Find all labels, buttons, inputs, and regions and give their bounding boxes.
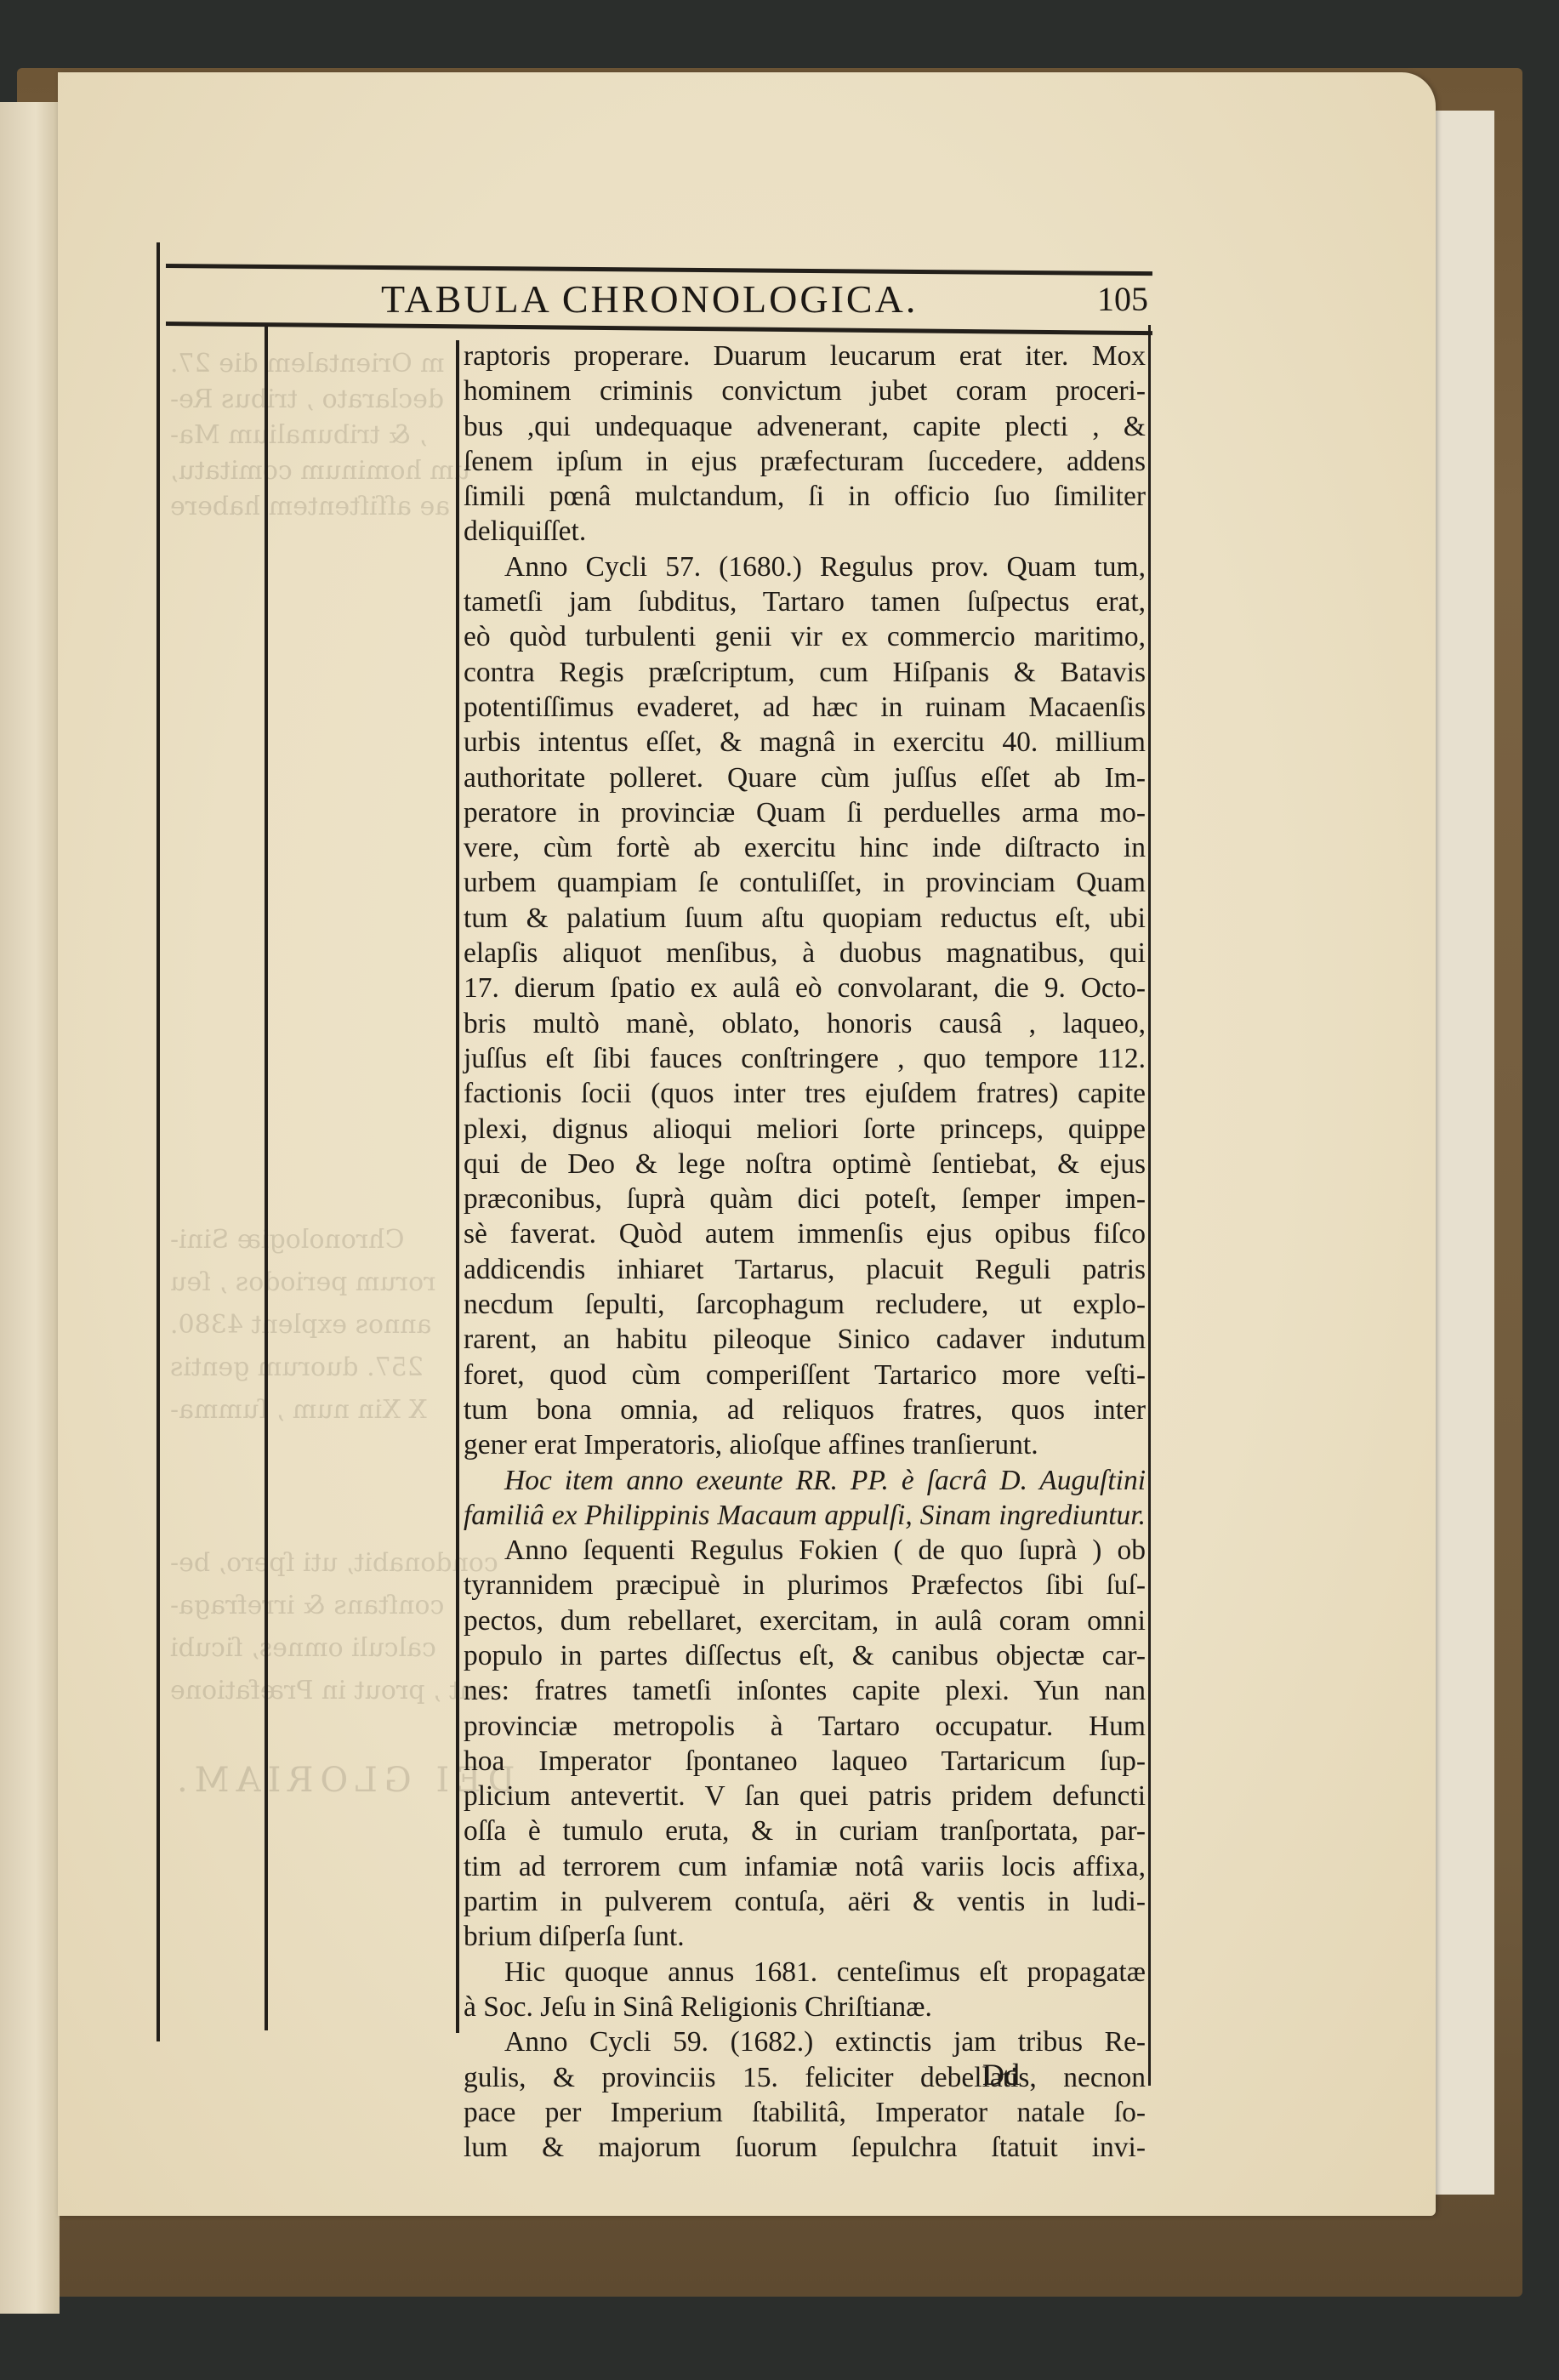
signature-mark: Dd <box>982 2057 1020 2092</box>
text-line: 17. dierum ſpatio ex aulâ eò convolarant… <box>464 971 1146 1005</box>
text-line: plexi, dignus alioqui meliori ſorte prin… <box>464 1112 1146 1147</box>
showthrough-line: annos explent 4380. <box>170 1310 432 1340</box>
text-line: foret, quod cùm comperiſſent Tartarico m… <box>464 1358 1146 1392</box>
showthrough-line: um hominum comitatu, <box>170 456 470 486</box>
showthrough-line: declarato , tribus Re- <box>170 384 444 414</box>
text-line: rarent, an habitu pileoque Sinico cadave… <box>464 1322 1146 1357</box>
text-line: ſenem ipſum in ejus præfecturam ſucceder… <box>464 444 1146 479</box>
text-line: eò quòd turbulenti genii vir ex commerci… <box>464 619 1146 654</box>
text-line: populo in partes diſſectus eſt, & canibu… <box>464 1638 1146 1673</box>
text-line: tim ad terrorem cum infamiæ notâ variis … <box>464 1849 1146 1884</box>
text-line: lum & majorum ſuorum ſepulchra ſtatuit i… <box>464 2130 1146 2165</box>
running-title: TABULA CHRONOLOGICA. <box>381 276 918 322</box>
showthrough-line: X Xin num , ſumma- <box>170 1395 427 1425</box>
text-line: qui de Deo & lege noſtra optimè ſentieba… <box>464 1147 1146 1181</box>
text-line: addicendis inhiaret Tartarus, placuit Re… <box>464 1252 1146 1287</box>
text-line: pectos, dum rebellaret, exercitam, in au… <box>464 1603 1146 1638</box>
text-line: Anno Cycli 59. (1682.) extinctis jam tri… <box>464 2024 1146 2059</box>
page-number: 105 <box>1097 279 1148 319</box>
text-line: ſimili pœnâ mulctandum, ſi in officio ſu… <box>464 479 1146 514</box>
text-line: deliquiſſet. <box>464 514 1146 549</box>
showthrough-line: ae aſſiſtentem habere <box>170 492 450 521</box>
text-line: Anno Cycli 57. (1680.) Regulus prov. Qua… <box>464 549 1146 584</box>
text-line: urbem quampiam ſe contuliſſet, in provin… <box>464 865 1146 900</box>
text-line: plicium antevertit. V ſan quei patris pr… <box>464 1779 1146 1813</box>
text-line: urbis intentus eſſet, & magnâ in exercit… <box>464 725 1146 760</box>
text-line: elapſis aliquot menſibus, à duobus magna… <box>464 936 1146 971</box>
text-line: contra Regis præſcriptum, cum Hiſpanis &… <box>464 655 1146 690</box>
showthrough-line: m Orientalem die 27. <box>170 349 445 379</box>
text-line: Anno ſequenti Regulus Fokien ( de quo ſu… <box>464 1533 1146 1568</box>
text-line: bus ,qui undequaque advenerant, capite p… <box>464 409 1146 444</box>
text-line: oſſa è tumulo eruta, & in curiam tranſpo… <box>464 1813 1146 1848</box>
outer-column-rule <box>156 242 160 2041</box>
showthrough-line: conſtans & irrefraga- <box>170 1591 444 1620</box>
text-line: Hoc item anno exeunte RR. PP. è ſacrâ D.… <box>464 1463 1146 1498</box>
text-line: raptoris properare. Duarum leucarum erat… <box>464 339 1146 373</box>
text-line: potentiſſimus evaderet, ad hæc in ruinam… <box>464 690 1146 725</box>
text-line: gener erat Imperatoris, alioſque affines… <box>464 1427 1146 1462</box>
text-line: familiâ ex Philippinis Macaum appulſi, S… <box>464 1498 1146 1533</box>
text-line: pace per Imperium ſtabilitâ, Imperator n… <box>464 2095 1146 2130</box>
text-line: provinciæ metropolis à Tartaro occupatur… <box>464 1709 1146 1744</box>
showthrough-line: condonabit, uti ſpero, be- <box>170 1548 498 1578</box>
text-line: hominem criminis convictum jubet coram p… <box>464 373 1146 408</box>
text-line: tum bona omnia, ad reliquos fratres, quo… <box>464 1392 1146 1427</box>
text-line: Hic quoque annus 1681. centeſimus eſt pr… <box>464 1955 1146 1990</box>
text-line: bris multò manè, oblato, honoris causâ ,… <box>464 1006 1146 1041</box>
showthrough-line: Chronologiæ Sini- <box>170 1225 404 1255</box>
text-line: brium diſperſa ſunt. <box>464 1919 1146 1954</box>
showthrough-line: unt , prout in Præfatione <box>170 1676 492 1705</box>
text-line: nes: fratres tametſi inſontes capite ple… <box>464 1673 1146 1708</box>
text-line: authoritate polleret. Quare cùm juſſus e… <box>464 760 1146 795</box>
showthrough-line: rorum periodos , ſeu <box>170 1267 435 1297</box>
text-line: hoa Imperator ſpontaneo laqueo Tartaricu… <box>464 1744 1146 1779</box>
text-line: vere, cùm fortè ab exercitu hinc inde di… <box>464 830 1146 865</box>
text-line: tametſi jam ſubditus, Tartaro tamen ſuſp… <box>464 584 1146 619</box>
text-line: necdum ſepulti, ſarcophagum recludere, u… <box>464 1287 1146 1322</box>
text-column-right-rule <box>1148 325 1151 2086</box>
text-line: præconibus, ſuprà quàm dici poteſt, ſemp… <box>464 1181 1146 1216</box>
facing-page-edge <box>0 102 60 2314</box>
text-line: tum & palatium ſuum aſtu quopiam reductu… <box>464 901 1146 936</box>
text-line: tyrannidem præcipuè in plurimos Præfecto… <box>464 1568 1146 1603</box>
text-column-left-rule <box>456 340 459 2033</box>
inner-column-rule <box>265 325 268 2030</box>
showthrough-line: 257. duorum gentis <box>170 1352 424 1382</box>
text-line: gulis, & provinciis 15. feliciter debell… <box>464 2060 1146 2095</box>
text-line: juſſus eſt ſibi fauces conſtringere , qu… <box>464 1041 1146 1076</box>
main-text-column: raptoris properare. Duarum leucarum erat… <box>464 339 1146 2165</box>
showthrough-line: , & tribunalium Ma- <box>170 420 427 450</box>
text-line: à Soc. Jeſu in Sinâ Religionis Chriſtian… <box>464 1990 1146 2024</box>
text-line: partim in pulverem contuſa, aëri & venti… <box>464 1884 1146 1919</box>
text-line: factionis ſocii (quos inter tres ejuſdem… <box>464 1076 1146 1111</box>
text-line: sè faverat. Quòd autem immenſis ejus opi… <box>464 1216 1146 1251</box>
text-line: peratore in provinciæ Quam ſi perduelles… <box>464 795 1146 830</box>
showthrough-line: calculi omnes, ſicubi <box>170 1633 436 1663</box>
